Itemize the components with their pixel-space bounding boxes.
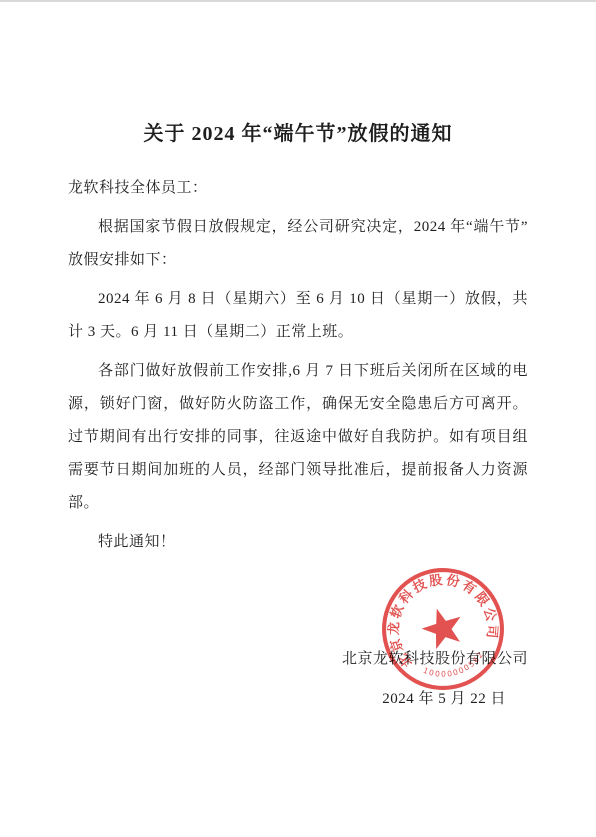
salutation: 龙软科技全体员工： xyxy=(68,172,528,205)
notice-content: 关于 2024 年“端午节”放假的通知 龙软科技全体员工： 根据国家节假日放假规… xyxy=(0,0,596,716)
notice-document-page: 关于 2024 年“端午节”放假的通知 龙软科技全体员工： 根据国家节假日放假规… xyxy=(0,0,596,837)
signature-date: 2024 年 5 月 22 日 xyxy=(68,683,528,716)
paragraph-holiday-dates: 2024 年 6 月 8 日（星期六）至 6 月 10 日（星期一）放假，共计 … xyxy=(68,283,528,349)
paragraph-pre-holiday-instructions: 各部门做好放假前工作安排,6 月 7 日下班后关闭所在区域的电源，锁好门窗，做好… xyxy=(68,355,528,520)
signature-block: 北京龙软科技股份有限公司 2024 年 5 月 22 日 xyxy=(68,643,528,716)
paragraph-holiday-basis: 根据国家节假日放假规定，经公司研究决定，2024 年“端午节”放假安排如下： xyxy=(68,211,528,277)
closing-statement: 特此通知！ xyxy=(68,526,528,559)
signature-company: 北京龙软科技股份有限公司 xyxy=(68,643,528,676)
notice-title: 关于 2024 年“端午节”放假的通知 xyxy=(68,120,528,148)
